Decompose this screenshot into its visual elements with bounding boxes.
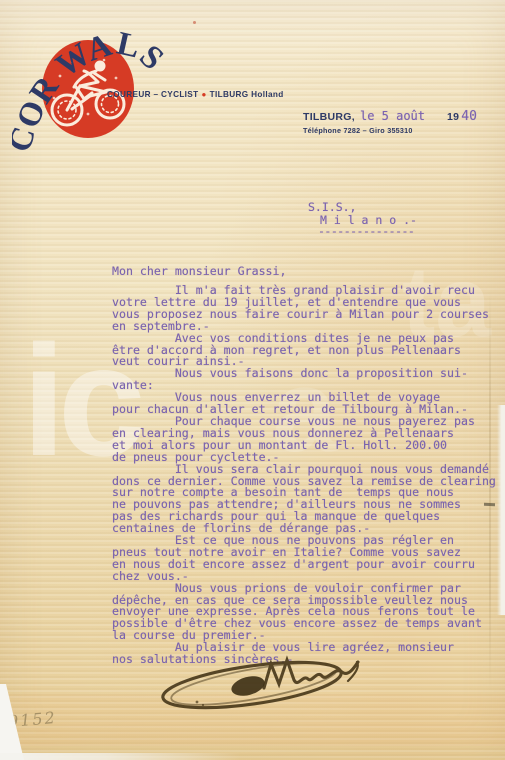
paper-edge-bottom [0, 753, 300, 760]
recipient-underline: --------------- [318, 226, 417, 237]
year-printed: 19 [447, 111, 459, 123]
date-line: TILBURG,le 5 août1940 [303, 107, 477, 125]
recipient-name: S.I.S., [308, 202, 417, 213]
signature-flourish [152, 648, 362, 714]
date-typed: le 5 août [360, 109, 425, 123]
red-dot-icon: ● [201, 90, 206, 99]
paper-edge-right [497, 405, 505, 615]
salutation: Mon cher monsieur Grassi, [112, 264, 287, 278]
letter-body: Il m'a fait très grand plaisir d'avoir r… [112, 285, 496, 666]
scanned-letter: ic a ta COR WALS COUREUR – CYCLIST●TI [0, 0, 505, 760]
letterhead-tagline: COUREUR – CYCLIST●TILBURG Holland [107, 90, 284, 99]
ink-speck [193, 21, 196, 24]
city-printed: TILBURG, [303, 111, 355, 123]
phone-giro-line: Téléphone 7282 – Giro 355310 [303, 126, 413, 135]
cyclist-logo: COR WALS [12, 14, 182, 184]
tagline-right: TILBURG Holland [210, 90, 284, 99]
recipient-block: S.I.S., M i l a n o .- --------------- [308, 202, 417, 237]
signature-ink-blob [229, 673, 267, 699]
paper-crease [489, 290, 491, 690]
tagline-left: COUREUR – CYCLIST [107, 90, 198, 99]
year-typed: 40 [461, 109, 477, 124]
